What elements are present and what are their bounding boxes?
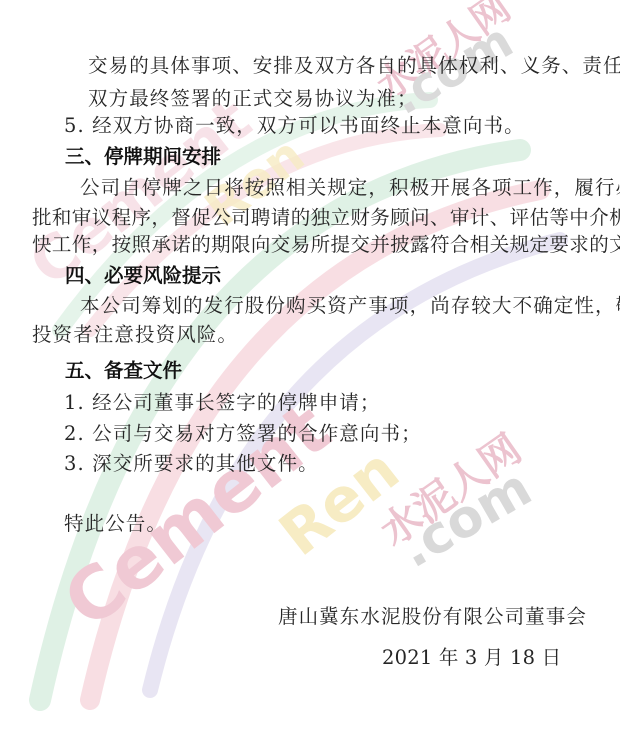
attachment-2: 2. 公司与交易对方签署的合作意向书； [64,422,422,446]
section-4-heading: 四、必要风险提示 [65,264,221,288]
section-4-line-2: 投资者注意投资风险。 [32,323,238,347]
section-3-line-2: 批和审议程序，督促公司聘请的独立财务顾问、审计、评估等中介机构加 [32,206,620,230]
section-3-heading: 三、停牌期间安排 [65,145,221,169]
section-4-line-1: 本公司筹划的发行股份购买资产事项，尚存较大不确定性，敬请广大 [80,294,620,318]
section-5-heading: 五、备查文件 [65,359,182,383]
document-page: Cement Ren Cement Ren 水泥人网 .com 水泥人网 .co… [0,0,620,752]
attachment-3: 3. 深交所要求的其他文件。 [64,452,319,476]
attachment-1: 1. 经公司董事长签字的停牌申请； [64,391,381,415]
signature-board: 唐山冀东水泥股份有限公司董事会 [278,605,587,629]
closing-statement: 特此公告。 [64,512,167,536]
announcement-date: 2021 年 3 月 18 日 [382,646,561,670]
continued-item-line-2: 双方最终签署的正式交易协议为准； [88,87,418,111]
section-3-line-1: 公司自停牌之日将按照相关规定，积极开展各项工作，履行必要的报 [80,176,620,200]
continued-item-line-1: 交易的具体事项、安排及双方各自的具体权利、义务、责任等以 [88,54,620,78]
item-5: 5. 经双方协商一致，双方可以书面终止本意向书。 [64,114,525,138]
section-3-line-3: 快工作，按照承诺的期限向交易所提交并披露符合相关规定要求的文件。 [32,233,620,257]
